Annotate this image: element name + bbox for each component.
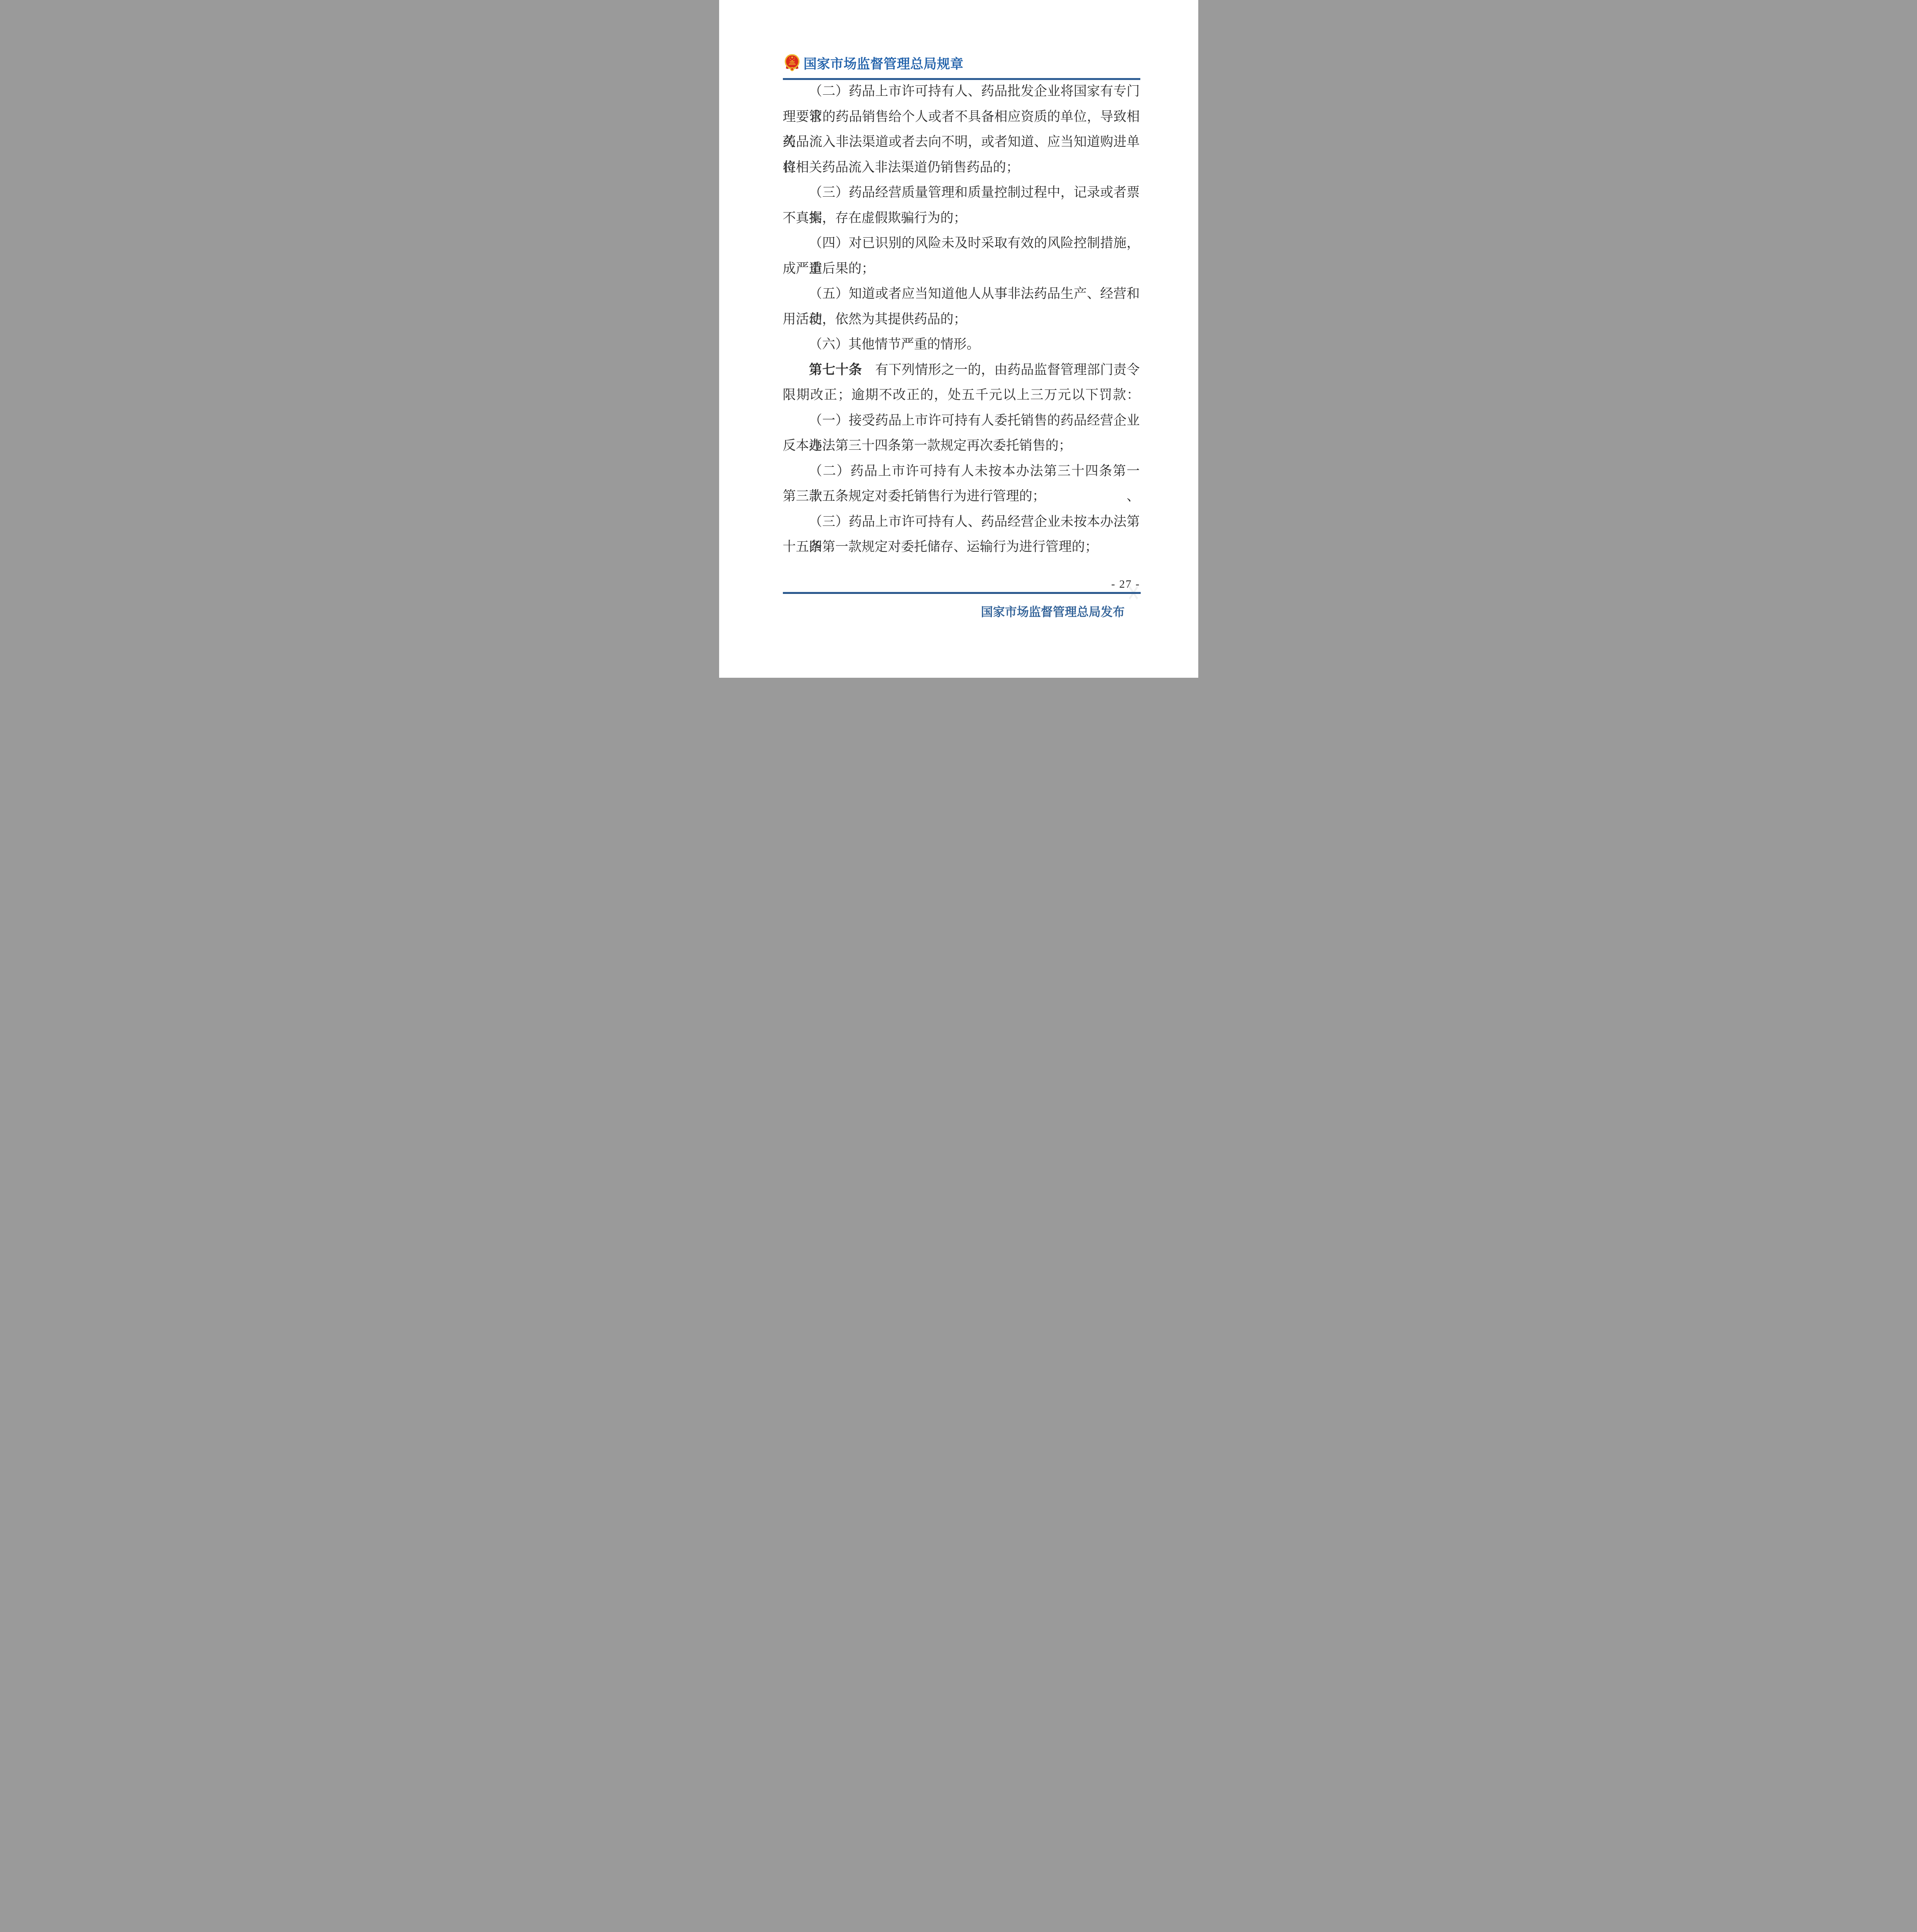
body-line: （五）知道或者应当知道他人从事非法药品生产、经营和使 <box>783 281 1140 307</box>
body-line: 反本办法第三十四条第一款规定再次委托销售的； <box>783 433 1140 459</box>
china-national-emblem-icon <box>784 54 800 72</box>
body-line: 药品流入非法渠道或者去向不明，或者知道、应当知道购进单位 <box>783 129 1140 155</box>
body-line: 将相关药品流入非法渠道仍销售药品的； <box>783 155 1140 180</box>
body-line: （六）其他情节严重的情形。 <box>783 332 1140 357</box>
body-line: （二）药品上市许可持有人未按本办法第三十四条第一款、 <box>783 459 1140 484</box>
body-line: （三）药品经营质量管理和质量控制过程中，记录或者票据 <box>783 180 1140 206</box>
body-line: 十五条第一款规定对委托储存、运输行为进行管理的； <box>783 534 1140 560</box>
body-line: 限期改正；逾期不改正的，处五千元以上三万元以下罚款： <box>783 383 1140 408</box>
footer-rule <box>783 592 1141 594</box>
body-line: 理要求的药品销售给个人或者不具备相应资质的单位，导致相关 <box>783 104 1140 130</box>
body-line: 第七十条 有下列情形之一的，由药品监督管理部门责令 <box>783 357 1140 383</box>
body-line: （四）对已识别的风险未及时采取有效的风险控制措施，造 <box>783 231 1140 256</box>
body-line: （二）药品上市许可持有人、药品批发企业将国家有专门管 <box>783 79 1140 104</box>
article-number: 第七十条 <box>809 363 862 377</box>
body-line: 不真实，存在虚假欺骗行为的； <box>783 206 1140 231</box>
body-lines: （二）药品上市许可持有人、药品批发企业将国家有专门管理要求的药品销售给个人或者不… <box>783 79 1140 560</box>
body-line: 成严重后果的； <box>783 256 1140 282</box>
document-page: 国家市场监督管理总局规章 （二）药品上市许可持有人、药品批发企业将国家有专门管理… <box>719 0 1198 678</box>
body-line: （一）接受药品上市许可持有人委托销售的药品经营企业违 <box>783 408 1140 434</box>
header-rule <box>783 78 1140 80</box>
page-header-title: 国家市场监督管理总局规章 <box>804 56 964 73</box>
body-line: 用活动，依然为其提供药品的； <box>783 307 1140 332</box>
body-line: （三）药品上市许可持有人、药品经营企业未按本办法第四 <box>783 509 1140 535</box>
footer-publisher: 国家市场监督管理总局发布 <box>981 604 1125 621</box>
